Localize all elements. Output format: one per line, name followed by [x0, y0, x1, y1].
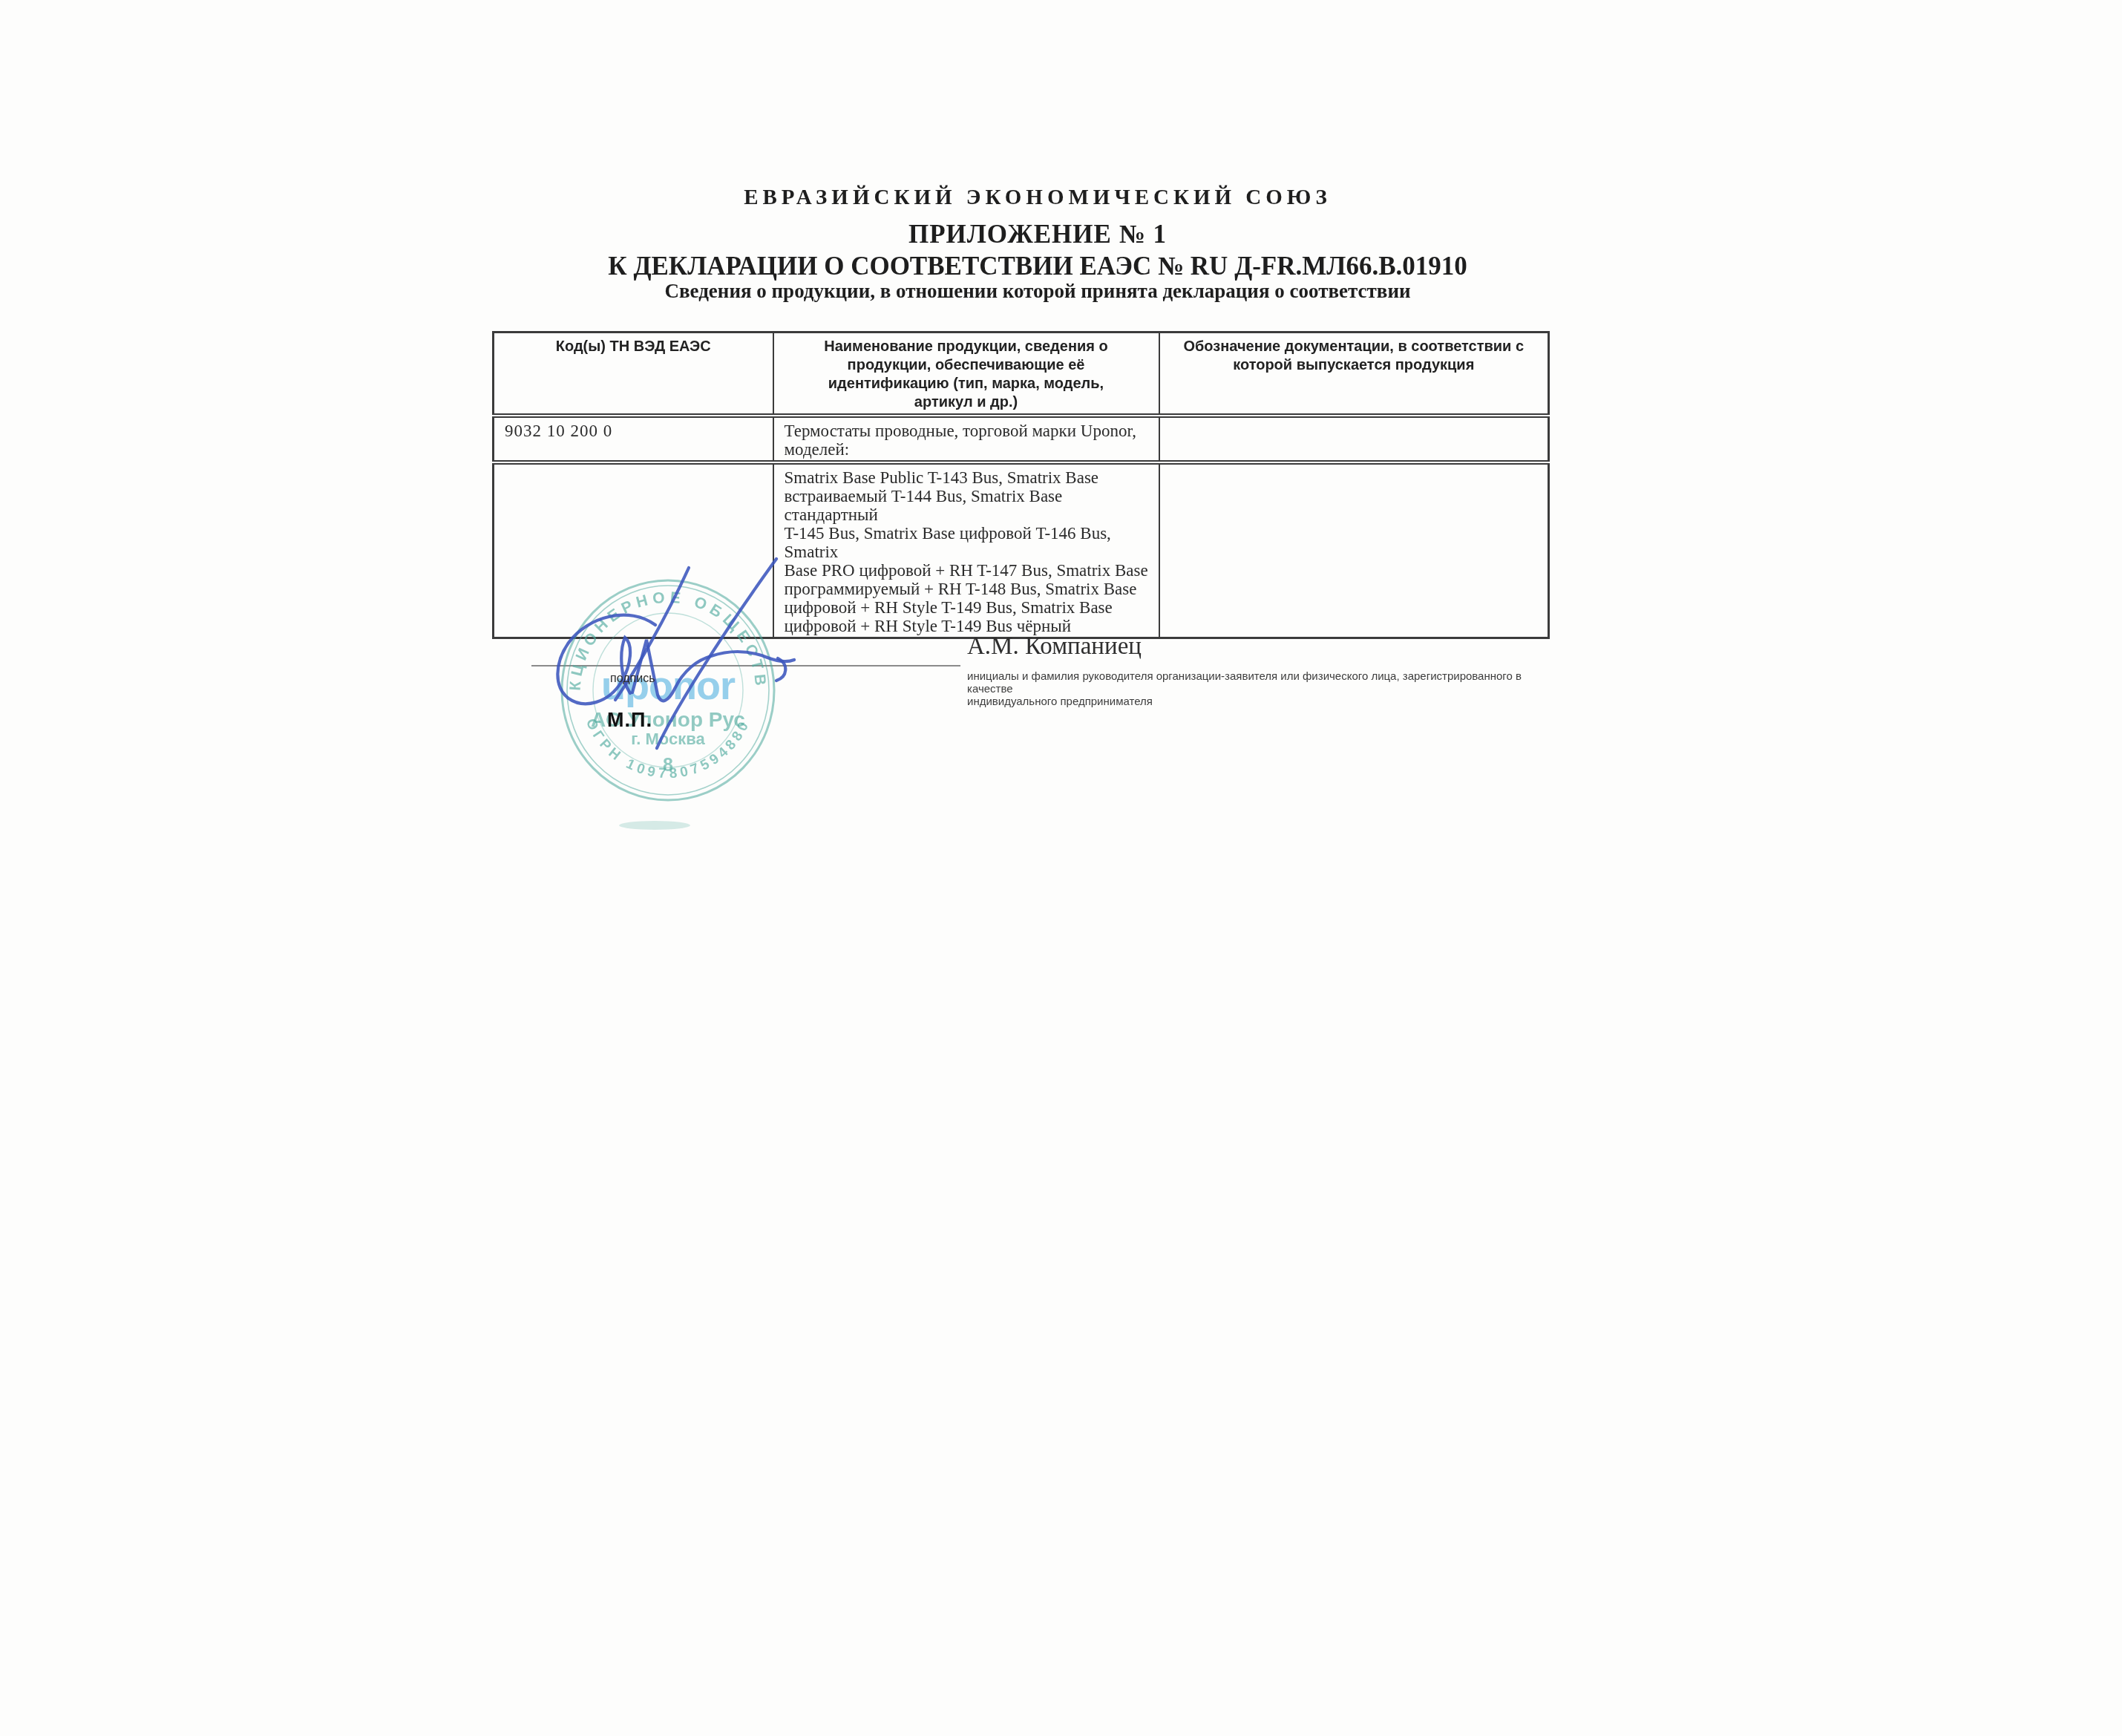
appendix-title: ПРИЛОЖЕНИЕ № 1 — [510, 220, 1565, 249]
stamp-smudge — [619, 821, 690, 830]
page-subtitle: Сведения о продукции, в отношении которо… — [510, 280, 1565, 303]
cell-code: 9032 10 200 0 — [494, 416, 773, 462]
col-header-product-name: Наименование продукции, сведения о проду… — [773, 333, 1159, 416]
company-stamp: АКЦИОНЕРНОЕ ОБЩЕСТВО ОГРН 1097807594880 … — [520, 542, 995, 839]
table-row: 9032 10 200 0 Термостаты проводные, торг… — [494, 416, 1549, 462]
page-title: ЕВРАЗИЙСКИЙ ЭКОНОМИЧЕСКИЙ СОЮЗ — [510, 186, 1565, 210]
cell-product-name: Термостаты проводные, торговой марки Upo… — [773, 416, 1159, 462]
stamp-number: 8 — [663, 755, 673, 776]
table-header-row: Код(ы) ТН ВЭД ЕАЭС Наименование продукци… — [494, 333, 1549, 416]
signature-caption: подпись — [610, 672, 655, 686]
col-header-documentation: Обозначение документации, в соответствии… — [1159, 333, 1549, 416]
col-header-code: Код(ы) ТН ВЭД ЕАЭС — [494, 333, 773, 416]
cell-documentation — [1159, 462, 1549, 638]
seal-place-label: М.П. — [607, 709, 652, 732]
head-name-caption: инициалы и фамилия руководителя организа… — [967, 670, 1546, 708]
scanned-declaration-page: ЕВРАЗИЙСКИЙ ЭКОНОМИЧЕСКИЙ СОЮЗ ПРИЛОЖЕНИ… — [0, 0, 2122, 1736]
declaration-number-title: К ДЕКЛАРАЦИИ О СООТВЕТСТВИИ ЕАЭС № RU Д-… — [510, 252, 1565, 281]
cell-documentation — [1159, 416, 1549, 462]
stamp-city: г. Москва — [631, 730, 705, 748]
